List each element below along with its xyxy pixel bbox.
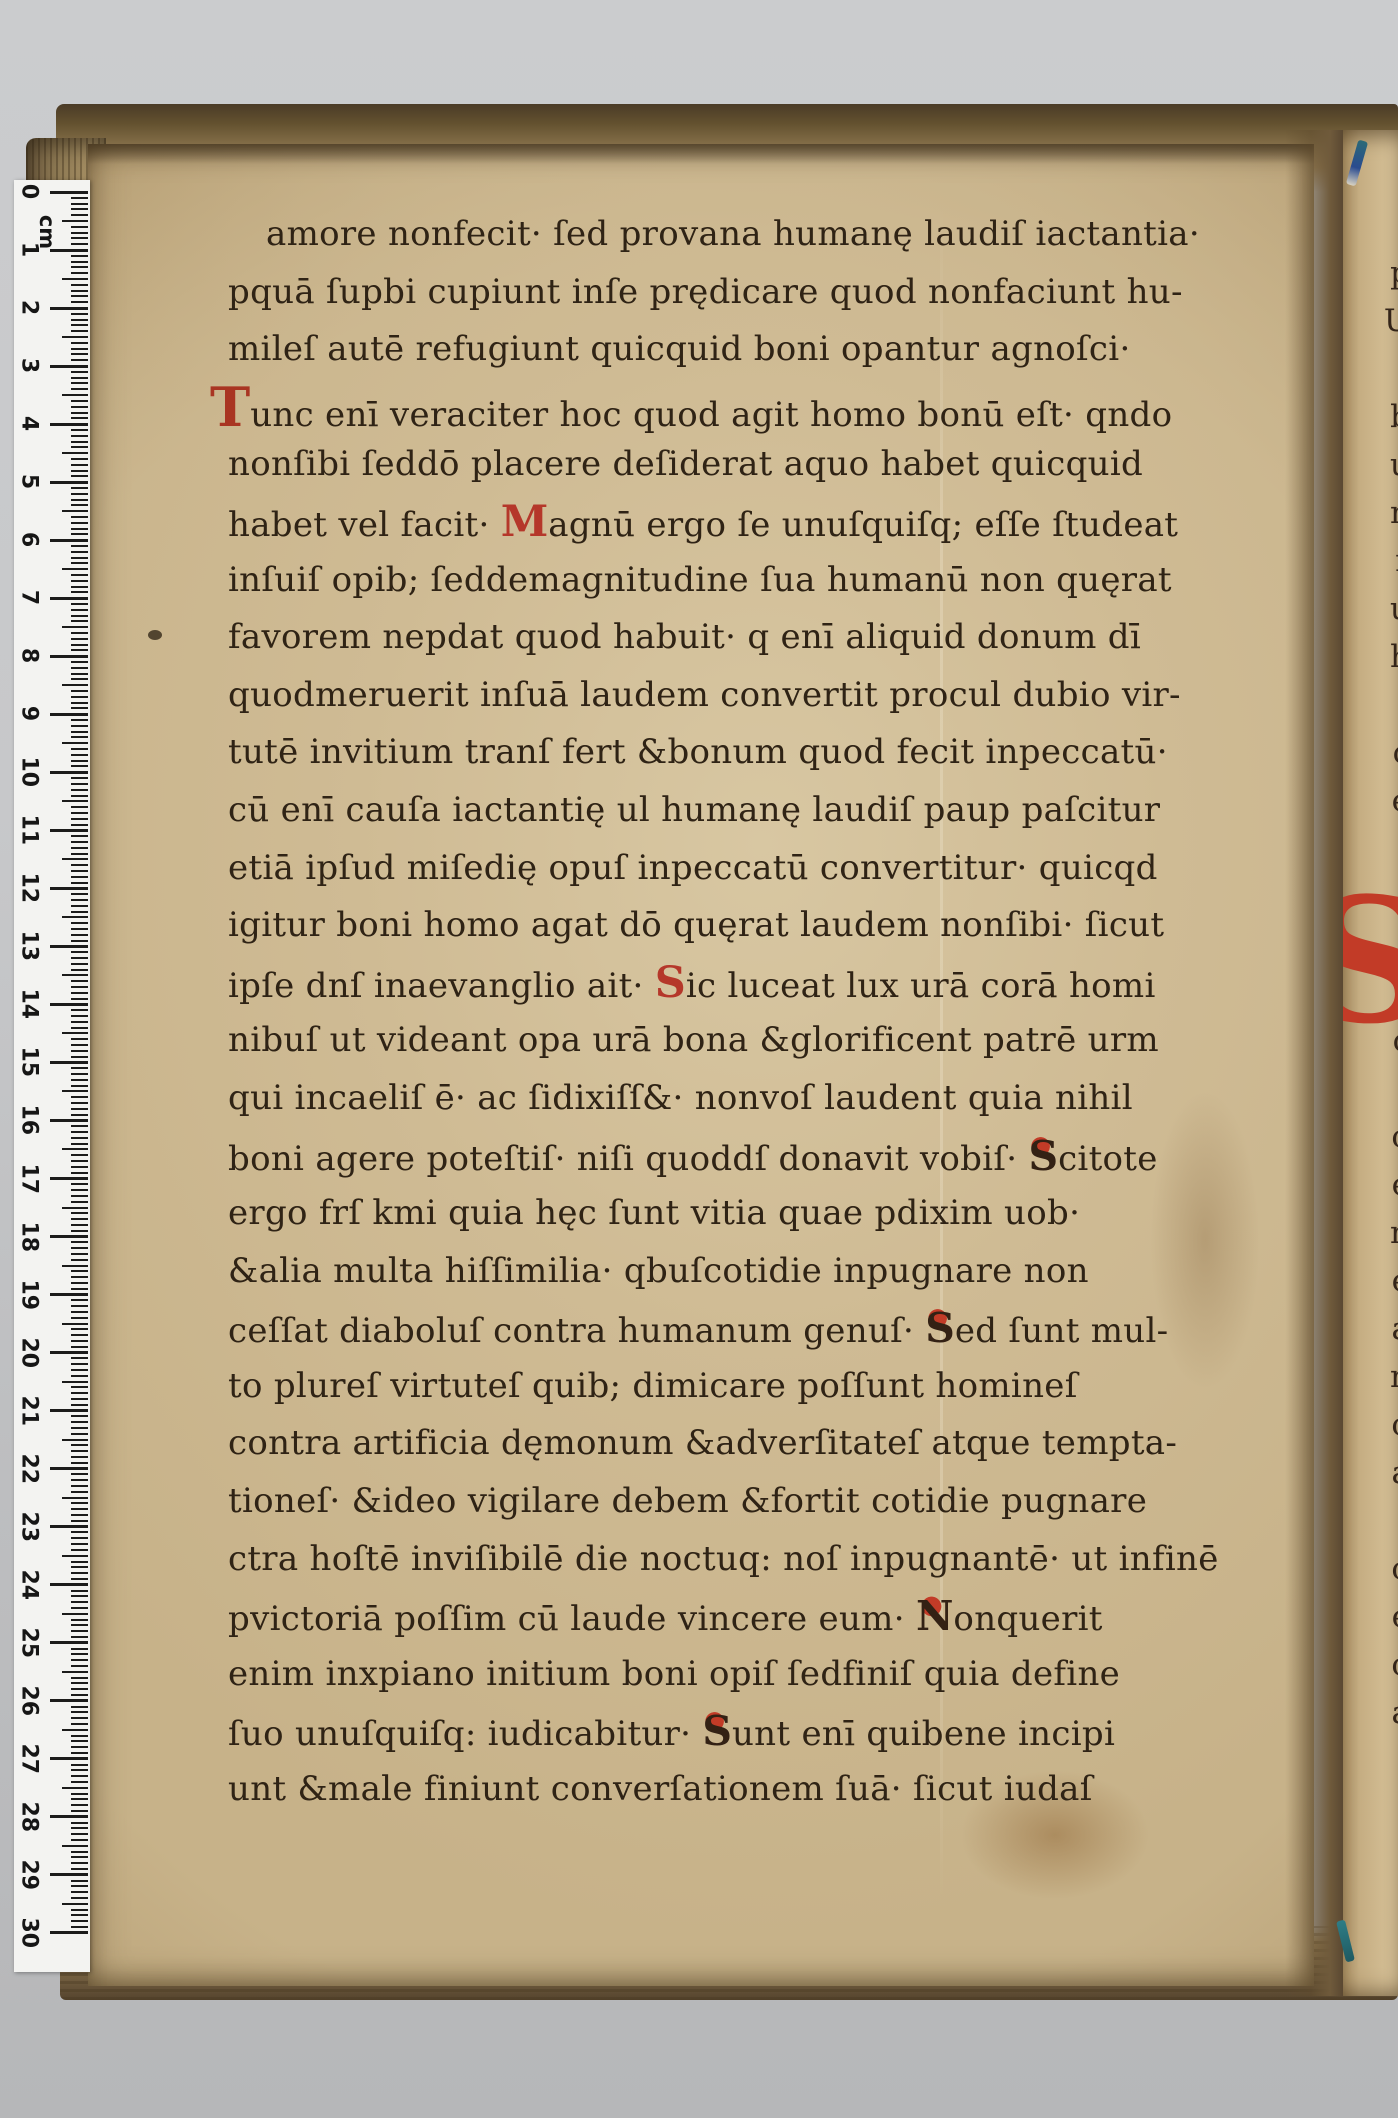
- manuscript-line: ctra hoſtē inviſibilē die noctuq: noſ in…: [228, 1531, 1028, 1589]
- ruler-mm-tick: [71, 1822, 88, 1824]
- ruler-mm-tick: [71, 847, 88, 849]
- ruler-mm-tick: [71, 1427, 88, 1429]
- ruler-mm-tick: [62, 858, 88, 860]
- ruler-mm-tick: [71, 1891, 88, 1893]
- ruler-number: 30: [17, 1917, 42, 1947]
- ruler-mm-tick: [71, 673, 88, 675]
- ruler-number: 7: [17, 583, 42, 613]
- ruler-mm-tick: [71, 1764, 88, 1766]
- ruler-mm-tick: [71, 1746, 88, 1748]
- ruler-mm-tick: [62, 800, 88, 802]
- manuscript-text: onquerit: [953, 1599, 1102, 1639]
- ruler-mm-tick: [71, 1050, 88, 1052]
- page-rough-top-edge: [88, 144, 1314, 164]
- ruler-number: 14: [17, 989, 42, 1019]
- ruler-number: 27: [17, 1743, 42, 1773]
- manuscript-text: &alia multa hiſſimilia· qbuſcotidie inpu…: [228, 1251, 1089, 1291]
- manuscript-line: boni agere poteſtiſ· niſi quoddſ donavit…: [228, 1128, 1028, 1186]
- manuscript-line: habet vel facit· Magnū ergo ſe unuſquiſq…: [228, 494, 1028, 552]
- ruler-mm-tick: [71, 1781, 88, 1783]
- ruler-cm-tick: [50, 945, 88, 948]
- ruler-mm-tick: [71, 777, 88, 779]
- ruler-mm-tick: [71, 522, 88, 524]
- manuscript-text: to plureſ virtuteſ quib; dimicare poſſun…: [228, 1366, 1078, 1406]
- ruler-mm-tick: [71, 940, 88, 942]
- ruler-mm-tick: [71, 412, 88, 414]
- ruler-cm-tick: [50, 365, 88, 368]
- ruler-cm-tick: [50, 655, 88, 658]
- ruler-mm-tick: [71, 661, 88, 663]
- ruler-mm-tick: [71, 1688, 88, 1690]
- manuscript-line: qui incaeliſ ē· ac ſidixiſſ&· nonvoſ lau…: [228, 1070, 1028, 1128]
- ruler-mm-tick: [71, 1508, 88, 1510]
- facing-page-letter-fragment: e: [1392, 1602, 1398, 1633]
- ruler-mm-tick: [71, 342, 88, 344]
- ruler-mm-tick: [62, 278, 88, 280]
- ruler-mm-tick: [71, 1433, 88, 1435]
- touched-initial: S: [1028, 1132, 1058, 1180]
- ruler-mm-tick: [71, 905, 88, 907]
- ruler-mm-tick: [62, 1381, 88, 1383]
- ruler-mm-tick: [62, 1555, 88, 1557]
- ruler-mm-tick: [71, 1027, 88, 1029]
- manuscript-line: favorem nepdat quod habuit· q enī aliqui…: [228, 609, 1028, 667]
- ruler-mm-tick: [71, 1543, 88, 1545]
- ruler-mm-tick: [71, 765, 88, 767]
- ruler-mm-tick: [71, 1085, 88, 1087]
- ruler-mm-tick: [71, 731, 88, 733]
- ruler-mm-tick: [62, 916, 88, 918]
- ruler-mm-tick: [71, 969, 88, 971]
- ruler-mm-tick: [71, 789, 88, 791]
- ruler-mm-tick: [71, 934, 88, 936]
- ruler-mm-tick: [62, 510, 88, 512]
- ruler-mm-tick: [62, 220, 88, 222]
- ruler-mm-tick: [71, 1067, 88, 1069]
- ruler-mm-tick: [71, 388, 88, 390]
- ruler-mm-tick: [71, 1920, 88, 1922]
- touched-initial: S: [702, 1707, 732, 1755]
- manuscript-text: ic luceat lux urā corā homi: [686, 966, 1156, 1006]
- ruler-number: 12: [17, 873, 42, 903]
- ruler-mm-tick: [71, 458, 88, 460]
- ruler-mm-tick: [71, 197, 88, 199]
- manuscript-text: pvictoriā poſſim cū laude vincere eum·: [228, 1599, 916, 1639]
- rubricated-initial: T: [210, 375, 250, 439]
- manuscript-text: ergo frſ kmi quia hęc ſunt vitia quae pd…: [228, 1193, 1080, 1233]
- ruler-mm-tick: [62, 1671, 88, 1673]
- ruler-mm-tick: [71, 1328, 88, 1330]
- ruler-mm-tick: [62, 684, 88, 686]
- ruler-mm-tick: [71, 470, 88, 472]
- ruler-mm-tick: [71, 1450, 88, 1452]
- ruler-mm-tick: [71, 1421, 88, 1423]
- ruler-mm-tick: [71, 1096, 88, 1098]
- ruler-cm-tick: [50, 713, 88, 716]
- ruler-mm-tick: [62, 1845, 88, 1847]
- ruler-mm-tick: [71, 928, 88, 930]
- ruler-mm-tick: [71, 1880, 88, 1882]
- ruler-mm-tick: [71, 1595, 88, 1597]
- ruler-mm-tick: [71, 1201, 88, 1203]
- facing-page-letter-fragment: u: [1390, 450, 1398, 481]
- ruler-mm-tick: [71, 1793, 88, 1795]
- ruler-mm-tick: [71, 1253, 88, 1255]
- ruler-mm-tick: [71, 986, 88, 988]
- ruler-mm-tick: [71, 551, 88, 553]
- ruler-mm-tick: [71, 1624, 88, 1626]
- ruler-cm-tick: [50, 423, 88, 426]
- facing-page-letter-fragment: o: [1391, 1410, 1398, 1441]
- ruler-mm-tick: [71, 1607, 88, 1609]
- facing-page-letter-fragment: c: [1393, 738, 1398, 769]
- ruler-mm-tick: [71, 1299, 88, 1301]
- ruler-number: 29: [17, 1859, 42, 1889]
- ruler-mm-tick: [71, 1479, 88, 1481]
- ruler-mm-tick: [71, 754, 88, 756]
- manuscript-line: contra artificia dęmonum &adverſitateſ a…: [228, 1415, 1028, 1473]
- ruler-mm-tick: [71, 441, 88, 443]
- ruler-cm-tick: [50, 1119, 88, 1122]
- ruler-number: 0: [17, 177, 42, 207]
- ruler-mm-tick: [71, 841, 88, 843]
- manuscript-line: unt &male finiunt converſationem ſuā· ſi…: [228, 1761, 1028, 1819]
- ruler-mm-tick: [71, 330, 88, 332]
- ruler-cm-tick: [50, 307, 88, 310]
- ruler-mm-tick: [71, 1154, 88, 1156]
- ruler-mm-tick: [71, 1212, 88, 1214]
- manuscript-line: Tunc enī veraciter hoc quod agit homo bo…: [228, 379, 1028, 437]
- ruler-number: 10: [17, 757, 42, 787]
- facing-page-letter-fragment: n: [1390, 1218, 1398, 1249]
- ruler-mm-tick: [71, 255, 88, 257]
- ruler-mm-tick: [71, 824, 88, 826]
- ruler-mm-tick: [71, 353, 88, 355]
- ruler-mm-tick: [71, 1752, 88, 1754]
- manuscript-text: ſuo unuſquiſq: iudicabitur·: [228, 1714, 702, 1754]
- ruler-mm-tick: [71, 499, 88, 501]
- ruler-mm-tick: [71, 1288, 88, 1290]
- ruler-mm-tick: [71, 232, 88, 234]
- ruler-mm-tick: [71, 1514, 88, 1516]
- ruler-cm-tick: [50, 829, 88, 832]
- ruler-mm-tick: [71, 1735, 88, 1737]
- manuscript-text: etiā ipſud miſedię opuſ inpeccatū conver…: [228, 848, 1158, 888]
- ruler-mm-tick: [71, 911, 88, 913]
- ruler-mm-tick: [71, 963, 88, 965]
- ruler-mm-tick: [71, 725, 88, 727]
- ruler-mm-tick: [71, 533, 88, 535]
- ruler-mm-tick: [71, 1143, 88, 1145]
- ruler-mm-tick: [71, 1851, 88, 1853]
- ruler-mm-tick: [71, 1415, 88, 1417]
- manuscript-line: etiā ipſud miſedię opuſ inpeccatū conver…: [228, 840, 1028, 898]
- ruler-mm-tick: [62, 626, 88, 628]
- ruler-mm-tick: [71, 1456, 88, 1458]
- ruler-mm-tick: [71, 1038, 88, 1040]
- manuscript-text: igitur boni homo agat dō quęrat laudem n…: [228, 905, 1164, 945]
- manuscript-text: boni agere poteſtiſ· niſi quoddſ donavit…: [228, 1139, 1028, 1179]
- ruler-mm-tick: [71, 1363, 88, 1365]
- ruler-number: 19: [17, 1279, 42, 1309]
- ruler-mm-tick: [71, 1247, 88, 1249]
- manuscript-line: ceſſat diaboluſ contra humanum genuſ· Se…: [228, 1300, 1028, 1358]
- ruler-cm-tick: [50, 1235, 88, 1238]
- ruler-mm-tick: [71, 1375, 88, 1377]
- ruler-mm-tick: [71, 504, 88, 506]
- ruler-mm-tick: [71, 1711, 88, 1713]
- ruler-cm-tick: [50, 1177, 88, 1180]
- ruler-number: 5: [17, 467, 42, 497]
- ruler-mm-tick: [71, 237, 88, 239]
- ruler-number: 22: [17, 1453, 42, 1483]
- ruler-mm-tick: [71, 1073, 88, 1075]
- ruler-mm-tick: [71, 1172, 88, 1174]
- ruler-number: 9: [17, 699, 42, 729]
- ruler-mm-tick: [71, 1311, 88, 1313]
- ruler-mm-tick: [71, 992, 88, 994]
- facing-page-letter-fragment: U: [1384, 306, 1398, 337]
- facing-page-letter-fragment: o: [1391, 1650, 1398, 1681]
- ruler-number: 8: [17, 641, 42, 671]
- ruler-cm-tick: [50, 1931, 88, 1934]
- manuscript-text: nonſibi ſeddō placere deſiderat aquo hab…: [228, 444, 1143, 484]
- ruler-mm-tick: [71, 620, 88, 622]
- manuscript-text: cū enī cauſa iactantię ul humanę laudiſ …: [228, 790, 1160, 830]
- ruler-mm-tick: [71, 1195, 88, 1197]
- ruler-cm-tick: [50, 597, 88, 600]
- ruler-mm-tick: [71, 1404, 88, 1406]
- ruler-mm-tick: [71, 899, 88, 901]
- manuscript-text: qui incaeliſ ē· ac ſidixiſſ&· nonvoſ lau…: [228, 1078, 1133, 1118]
- ruler-mm-tick: [71, 1862, 88, 1864]
- ruler-mm-tick: [71, 1224, 88, 1226]
- ruler-mm-tick: [62, 394, 88, 396]
- ruler-mm-tick: [71, 1723, 88, 1725]
- ruler-number: 26: [17, 1685, 42, 1715]
- ruler-mm-tick: [71, 1868, 88, 1870]
- ruler-mm-tick: [71, 1131, 88, 1133]
- ruler-mm-tick: [71, 580, 88, 582]
- manuscript-text: inſuiſ opib; ſeddemagnitudine ſua humanū…: [228, 560, 1172, 600]
- ruler-cm-tick: [50, 1525, 88, 1528]
- manuscript-line: quodmeruerit inſuā laudem convertit proc…: [228, 667, 1028, 725]
- ruler-mm-tick: [71, 290, 88, 292]
- manuscript-line: igitur boni homo agat dō quęrat laudem n…: [228, 897, 1028, 955]
- ruler-mm-tick: [71, 1804, 88, 1806]
- ruler-mm-tick: [71, 1166, 88, 1168]
- ruler-mm-tick: [71, 284, 88, 286]
- ruler-mm-tick: [71, 1827, 88, 1829]
- ruler-mm-tick: [71, 464, 88, 466]
- ruler-mm-tick: [71, 853, 88, 855]
- ruler-mm-tick: [71, 1102, 88, 1104]
- ruler-mm-tick: [71, 557, 88, 559]
- manuscript-text: unt &male finiunt converſationem ſuā· ſi…: [228, 1769, 1093, 1809]
- manuscript-line: ergo frſ kmi quia hęc ſunt vitia quae pd…: [228, 1185, 1028, 1243]
- manuscript-line: cū enī cauſa iactantię ul humanę laudiſ …: [228, 782, 1028, 840]
- ruler-mm-tick: [71, 1317, 88, 1319]
- manuscript-text: tutē invitium tranſ fert &bonum quod fec…: [228, 732, 1168, 772]
- ruler-mm-tick: [71, 591, 88, 593]
- ruler-cm-tick: [50, 1873, 88, 1876]
- ruler-mm-tick: [71, 1369, 88, 1371]
- ruler-mm-tick: [62, 742, 88, 744]
- ruler-mm-tick: [71, 377, 88, 379]
- ruler-mm-tick: [71, 707, 88, 709]
- ruler-mm-tick: [62, 1903, 88, 1905]
- ruler-mm-tick: [62, 336, 88, 338]
- ruler-cm-tick: [50, 887, 88, 890]
- ruler-mm-tick: [71, 649, 88, 651]
- manuscript-text: unc enī veraciter hoc quod agit homo bon…: [250, 395, 1172, 435]
- manuscript-text: tioneſ· &ideo vigilare debem &fortit cot…: [228, 1481, 1147, 1521]
- ruler-mm-tick: [71, 1189, 88, 1191]
- ruler-mm-tick: [71, 1346, 88, 1348]
- facing-page-sliver: pUſbunruhtcecloeneanoatoeoa S: [1343, 130, 1398, 1996]
- manuscript-text: ed ſunt mul-: [955, 1311, 1169, 1351]
- ruler-mm-tick: [71, 893, 88, 895]
- book-gutter-shadow: [1285, 130, 1343, 1996]
- ruler-cm-tick: [50, 1641, 88, 1644]
- ruler-mm-tick: [71, 446, 88, 448]
- ruler-mm-tick: [71, 783, 88, 785]
- ruler-mm-tick: [71, 435, 88, 437]
- ruler-number: 4: [17, 409, 42, 439]
- facing-page-letter-fragment: o: [1391, 1122, 1398, 1153]
- ruler-mm-tick: [71, 400, 88, 402]
- facing-page-letter-fragment: o: [1391, 1554, 1398, 1585]
- ruler-mm-tick: [71, 1462, 88, 1464]
- ruler-mm-tick: [71, 1357, 88, 1359]
- ruler-mm-tick: [62, 452, 88, 454]
- ruler-mm-tick: [62, 1207, 88, 1209]
- ruler-mm-tick: [62, 1613, 88, 1615]
- ruler-cm-tick: [50, 1293, 88, 1296]
- ruler-mm-tick: [71, 719, 88, 721]
- ruler-mm-tick: [71, 371, 88, 373]
- ruler-number: 25: [17, 1627, 42, 1657]
- ruler-mm-tick: [71, 1230, 88, 1232]
- ruler-mm-tick: [71, 818, 88, 820]
- ruler-mm-tick: [71, 1079, 88, 1081]
- ruler-mm-tick: [71, 1682, 88, 1684]
- ruler-mm-tick: [71, 208, 88, 210]
- ruler-cm-tick: [50, 1409, 88, 1412]
- manuscript-line: tutē invitium tranſ fert &bonum quod fec…: [228, 724, 1028, 782]
- manuscript-line: enim inxpiano initium boni opiſ ſedfiniſ…: [228, 1646, 1028, 1704]
- ruler-mm-tick: [71, 301, 88, 303]
- manuscript-line: nonſibi ſeddō placere deſiderat aquo hab…: [228, 436, 1028, 494]
- ruler-cm-tick: [50, 1757, 88, 1760]
- ruler-mm-tick: [71, 1114, 88, 1116]
- ruler-mm-tick: [71, 1282, 88, 1284]
- ruler-mm-tick: [71, 1769, 88, 1771]
- ruler-mm-tick: [62, 568, 88, 570]
- ruler-mm-tick: [71, 1044, 88, 1046]
- ruler-mm-tick: [71, 806, 88, 808]
- ruler-mm-tick: [71, 870, 88, 872]
- ruler-mm-tick: [71, 1885, 88, 1887]
- ruler-mm-tick: [71, 980, 88, 982]
- ruler-mm-tick: [71, 1717, 88, 1719]
- ruler-mm-tick: [71, 1056, 88, 1058]
- ruler-mm-tick: [71, 1137, 88, 1139]
- manuscript-line: tioneſ· &ideo vigilare debem &fortit cot…: [228, 1473, 1028, 1531]
- ruler-mm-tick: [71, 493, 88, 495]
- ruler-mm-tick: [71, 516, 88, 518]
- ruler-mm-tick: [71, 545, 88, 547]
- ruler-number: 17: [17, 1163, 42, 1193]
- ruler-mm-tick: [71, 1775, 88, 1777]
- ruler-mm-tick: [71, 690, 88, 692]
- manuscript-line: pvictoriā poſſim cū laude vincere eum· N…: [228, 1588, 1028, 1646]
- facing-page-letter-fragment: e: [1392, 1266, 1398, 1297]
- cm-ruler: 0123456789101112131415161718192021222324…: [14, 180, 90, 1972]
- ruler-mm-tick: [71, 1473, 88, 1475]
- ruler-mm-tick: [71, 1502, 88, 1504]
- ruler-mm-tick: [71, 1160, 88, 1162]
- ruler-mm-tick: [71, 574, 88, 576]
- ruler-number: 23: [17, 1511, 42, 1541]
- manuscript-text: amore nonfecit· ſed provana humanę laudi…: [266, 214, 1200, 254]
- ruler-mm-tick: [71, 957, 88, 959]
- ruler-mm-tick: [71, 1125, 88, 1127]
- ruler-mm-tick: [71, 1566, 88, 1568]
- ruler-number: 28: [17, 1801, 42, 1831]
- ruler-cm-tick: [50, 1351, 88, 1354]
- ruler-mm-tick: [71, 1740, 88, 1742]
- ruler-mm-tick: [71, 1601, 88, 1603]
- manuscript-line: pquā ſupbi cupiunt inſe prędicare quod n…: [228, 264, 1028, 322]
- ruler-mm-tick: [71, 586, 88, 588]
- ruler-mm-tick: [62, 974, 88, 976]
- manuscript-line: ſuo unuſquiſq: iudicabitur· Sunt enī qui…: [228, 1703, 1028, 1761]
- ruler-mm-tick: [71, 1386, 88, 1388]
- ruler-cm-tick: [50, 1003, 88, 1006]
- ruler-mm-tick: [71, 1833, 88, 1835]
- ruler-number: 15: [17, 1047, 42, 1077]
- ruler-mm-tick: [71, 272, 88, 274]
- ruler-mm-tick: [71, 1218, 88, 1220]
- ruler-mm-tick: [62, 1090, 88, 1092]
- ruler-mm-tick: [71, 748, 88, 750]
- manuscript-text: nibuſ ut videant opa urā bona &glorifice…: [228, 1020, 1159, 1060]
- ruler-mm-tick: [71, 1653, 88, 1655]
- ruler-mm-tick: [71, 319, 88, 321]
- ruler-mm-tick: [71, 295, 88, 297]
- ruler-mm-tick: [71, 998, 88, 1000]
- ruler-mm-tick: [71, 1183, 88, 1185]
- facing-page-letter-fragment: a: [1392, 1698, 1398, 1729]
- ruler-mm-tick: [71, 313, 88, 315]
- ruler-mm-tick: [71, 417, 88, 419]
- ruler-mm-tick: [71, 1619, 88, 1621]
- manuscript-line: inſuiſ opib; ſeddemagnitudine ſua humanū…: [228, 552, 1028, 610]
- ruler-cm-tick: [50, 1583, 88, 1586]
- manuscript-photo: pUſbunruhtcecloeneanoatoeoa S 0123456789…: [0, 0, 1398, 2118]
- touched-initial: N: [916, 1592, 953, 1640]
- ruler-mm-tick: [62, 1323, 88, 1325]
- ruler-cm-tick: [50, 481, 88, 484]
- ruler-mm-tick: [71, 1659, 88, 1661]
- ruler-mm-tick: [71, 1276, 88, 1278]
- ruler-mm-tick: [71, 922, 88, 924]
- ruler-mm-tick: [71, 1270, 88, 1272]
- ruler-mm-tick: [71, 1561, 88, 1563]
- manuscript-text: habet vel facit·: [228, 505, 501, 545]
- ruler-number: 20: [17, 1337, 42, 1367]
